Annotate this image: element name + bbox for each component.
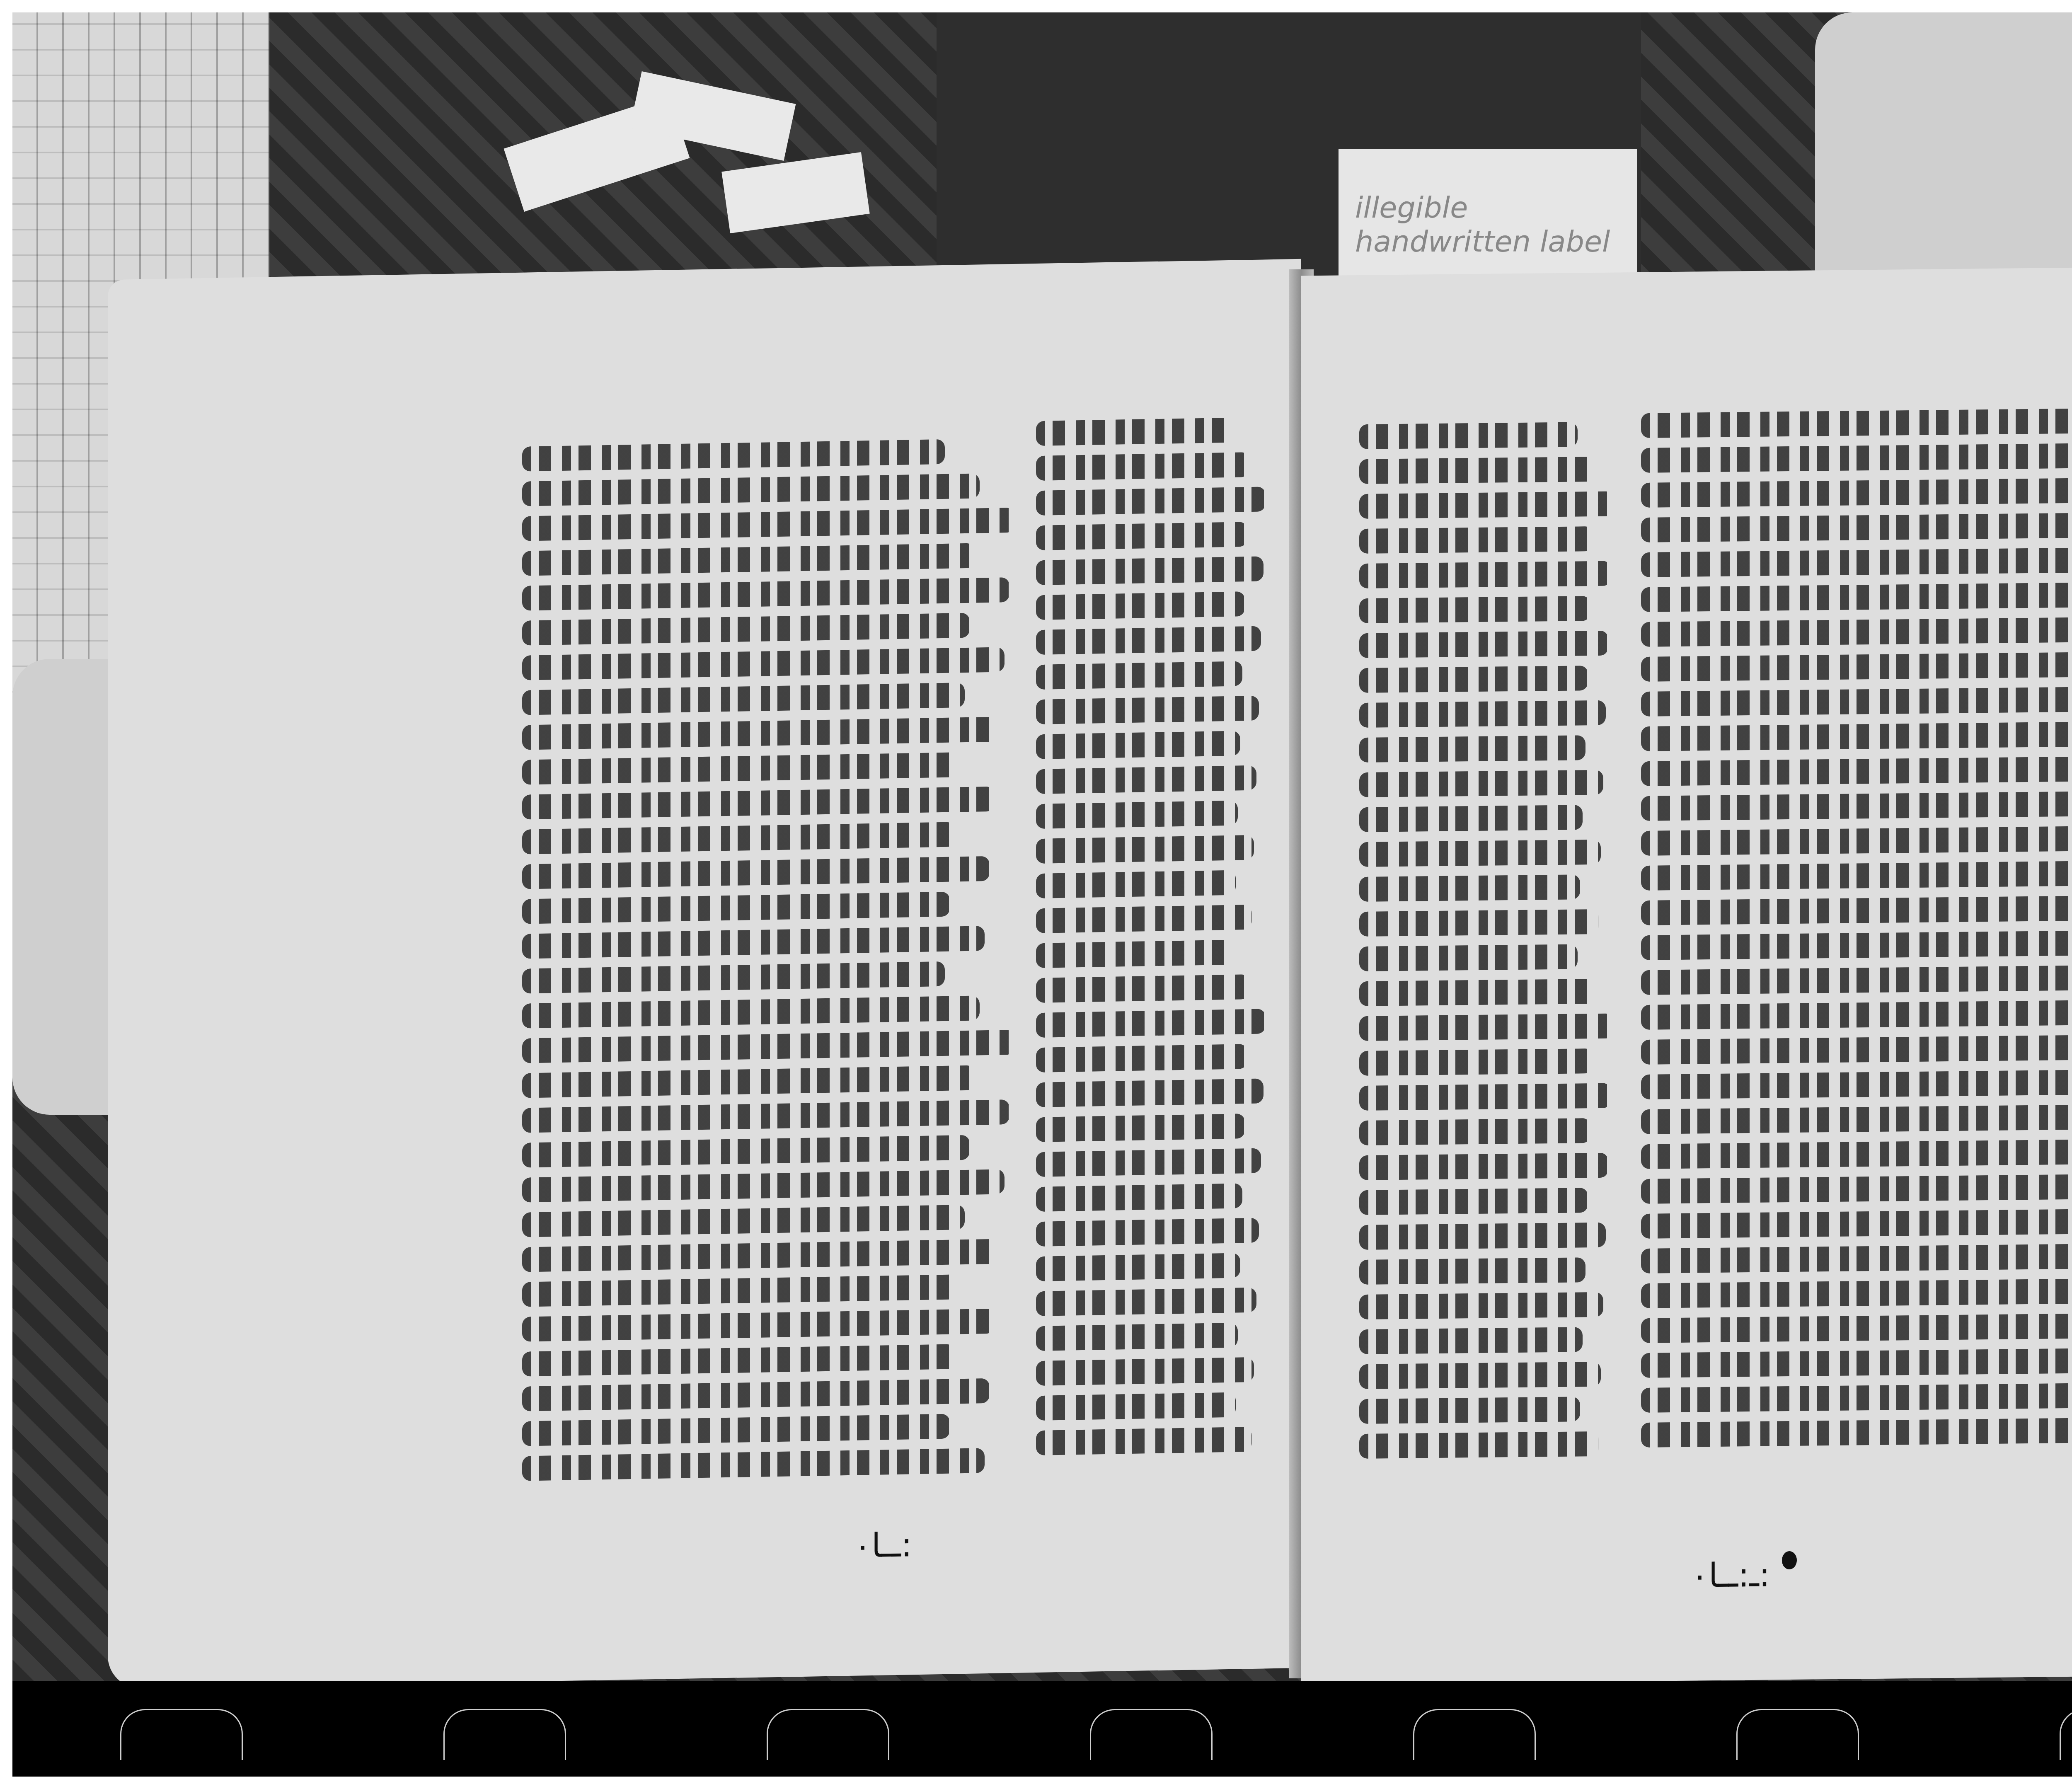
script-line (1359, 596, 1590, 623)
script-line (1036, 765, 1256, 794)
script-line (522, 752, 960, 784)
script-line (1036, 870, 1236, 898)
script-line (1641, 791, 2072, 821)
script-line (522, 473, 980, 506)
script-line (1359, 979, 1595, 1006)
script-line (1641, 617, 2072, 647)
script-line (1359, 770, 1603, 797)
script-line (1641, 721, 2072, 751)
script-line (1036, 522, 1247, 550)
script-line (1036, 556, 1264, 585)
script-line (1641, 1348, 2072, 1378)
script-line (522, 926, 985, 959)
script-line (522, 647, 1005, 680)
script-line (1036, 731, 1240, 759)
script-line (1359, 1397, 1580, 1424)
script-line (1036, 905, 1252, 933)
film-sprocket-hole (1090, 1709, 1213, 1760)
script-line (1641, 477, 2072, 508)
script-line (1641, 1244, 2072, 1273)
script-line (522, 1135, 970, 1168)
script-line (1359, 1292, 1603, 1319)
script-line (522, 1378, 990, 1411)
script-line (1359, 1048, 1593, 1076)
script-line (1359, 1223, 1606, 1250)
script-line (1036, 974, 1249, 1003)
script-line (1036, 1148, 1261, 1177)
script-line (1036, 1392, 1236, 1421)
script-line (1036, 1183, 1242, 1212)
script-line (522, 1344, 955, 1376)
script-line (522, 1065, 975, 1098)
script-line (1036, 1323, 1238, 1351)
script-line (1641, 861, 2072, 891)
script-line (1641, 1278, 2072, 1308)
script-line (1641, 1418, 2072, 1448)
script-line (522, 1169, 1005, 1202)
script-line (522, 856, 990, 889)
left-page-footer-mark: ۰ــا: (854, 1525, 912, 1565)
script-line (1641, 547, 2072, 577)
script-line (1641, 1139, 2072, 1169)
script-line (1641, 896, 2072, 925)
photo-frame: illegible handwritten label ۰ــا: ـ:ــا۰… (12, 12, 2072, 1777)
script-line (522, 1239, 1000, 1272)
script-line (1359, 1327, 1583, 1354)
film-sprocket-hole (767, 1709, 889, 1760)
script-line (1036, 1288, 1256, 1316)
paper-slip (721, 152, 870, 233)
script-line (522, 508, 1014, 541)
script-line (1641, 965, 2072, 995)
script-line (1036, 801, 1238, 829)
script-line (1036, 1078, 1264, 1107)
script-line (1359, 422, 1578, 449)
script-line (522, 1099, 1009, 1133)
script-line (522, 1448, 985, 1481)
ink-blot (1782, 1551, 1797, 1569)
catalog-label: illegible handwritten label (1339, 149, 1637, 282)
script-line (1641, 582, 2072, 612)
script-line (1641, 652, 2072, 682)
script-line (1641, 1383, 2072, 1413)
script-line (1641, 1313, 2072, 1343)
script-line (522, 439, 945, 472)
script-line (522, 543, 975, 576)
script-line (1036, 487, 1266, 516)
script-line (1359, 1014, 1614, 1041)
script-line (1359, 1431, 1598, 1459)
script-line (1036, 1357, 1254, 1386)
script-line (522, 1030, 1014, 1063)
right-page: ـ:ــا۰: (1301, 263, 2072, 1685)
script-line (1359, 457, 1595, 484)
script-line (1641, 1104, 2072, 1134)
script-line (522, 787, 995, 820)
script-line (1359, 491, 1614, 519)
script-line (1359, 840, 1601, 867)
script-line (1359, 1257, 1585, 1285)
script-line (1359, 735, 1585, 763)
script-line (522, 717, 1000, 750)
script-line (1359, 874, 1580, 902)
script-line (1359, 944, 1578, 971)
open-manuscript: ۰ــا: ـ:ــا۰: (108, 269, 2072, 1703)
script-line (1036, 1218, 1259, 1247)
film-sprocket-hole (1413, 1709, 1536, 1760)
script-line (1359, 1083, 1611, 1111)
script-line (1359, 909, 1598, 937)
script-line (1641, 756, 2072, 786)
script-line (1641, 1208, 2072, 1239)
script-line (1359, 526, 1593, 554)
film-sprocket-hole (120, 1709, 243, 1760)
left-page: ۰ــا: (108, 259, 1301, 1689)
script-line (1036, 696, 1259, 724)
script-line (1036, 1044, 1247, 1072)
script-line (1036, 661, 1242, 690)
script-line (1359, 1188, 1588, 1215)
script-line (522, 577, 1009, 611)
script-line (1641, 409, 2072, 438)
script-line (522, 995, 980, 1028)
film-sprocket-hole (2060, 1709, 2072, 1760)
script-line (522, 613, 970, 646)
script-line (1036, 1114, 1245, 1142)
script-line (522, 1414, 950, 1446)
script-line (1036, 1009, 1266, 1038)
left-page-column-1 (522, 438, 1019, 1491)
script-line (1641, 443, 2072, 473)
film-strip-border (12, 1681, 2072, 1777)
script-line (522, 683, 965, 715)
paper-slips (510, 70, 883, 278)
script-line (1359, 631, 1608, 658)
script-line (1036, 418, 1233, 446)
script-line (1359, 666, 1588, 693)
script-line (1359, 700, 1606, 728)
right-page-footer-mark: ـ:ــا۰: (1691, 1556, 1770, 1595)
script-line (1036, 591, 1245, 620)
right-page-column-2 (1641, 408, 2072, 1457)
script-line (1641, 1174, 2072, 1204)
script-line (1359, 805, 1583, 832)
label-text: illegible handwritten label (1355, 191, 1637, 259)
script-line (1359, 1118, 1590, 1145)
script-line (1359, 561, 1611, 588)
script-line (522, 822, 955, 854)
script-line (522, 1274, 960, 1307)
script-line (1036, 940, 1233, 968)
script-line (1641, 686, 2072, 717)
script-line (522, 1205, 965, 1237)
script-line (1641, 1000, 2072, 1030)
script-line (1641, 1069, 2072, 1099)
left-page-column-2 (1036, 417, 1268, 1465)
script-line (1036, 1427, 1252, 1455)
film-sprocket-hole (443, 1709, 566, 1760)
script-line (522, 961, 945, 994)
script-line (1036, 452, 1249, 481)
script-line (1641, 826, 2072, 856)
script-line (522, 892, 950, 924)
script-line (1036, 1253, 1240, 1281)
script-line (1036, 835, 1254, 864)
script-line (1641, 931, 2072, 960)
right-page-column-1 (1359, 421, 1616, 1468)
script-line (1359, 1362, 1601, 1389)
script-line (1036, 626, 1261, 655)
script-line (1359, 1153, 1608, 1180)
film-sprocket-hole (1736, 1709, 1859, 1760)
script-line (1641, 1035, 2072, 1065)
script-line (522, 1309, 995, 1342)
script-line (1641, 513, 2072, 542)
